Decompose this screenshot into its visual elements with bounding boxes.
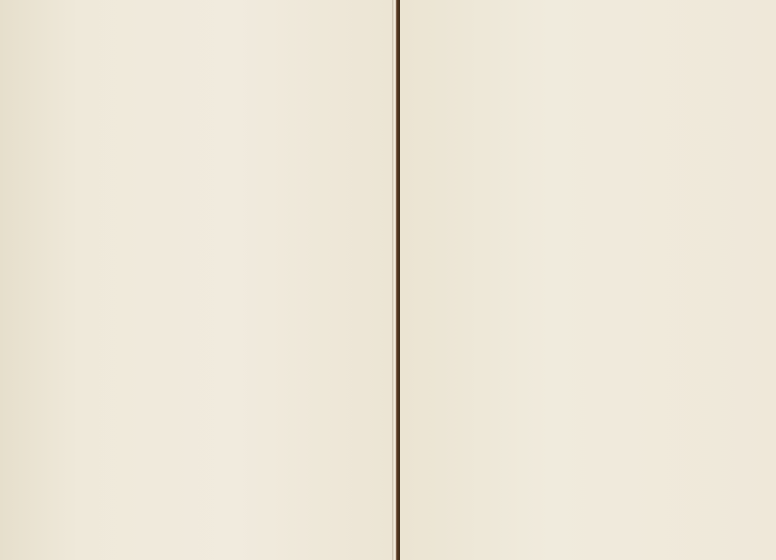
menu-page-left xyxy=(0,0,392,560)
page-gutter xyxy=(392,0,400,560)
menu-page-right xyxy=(400,0,776,560)
